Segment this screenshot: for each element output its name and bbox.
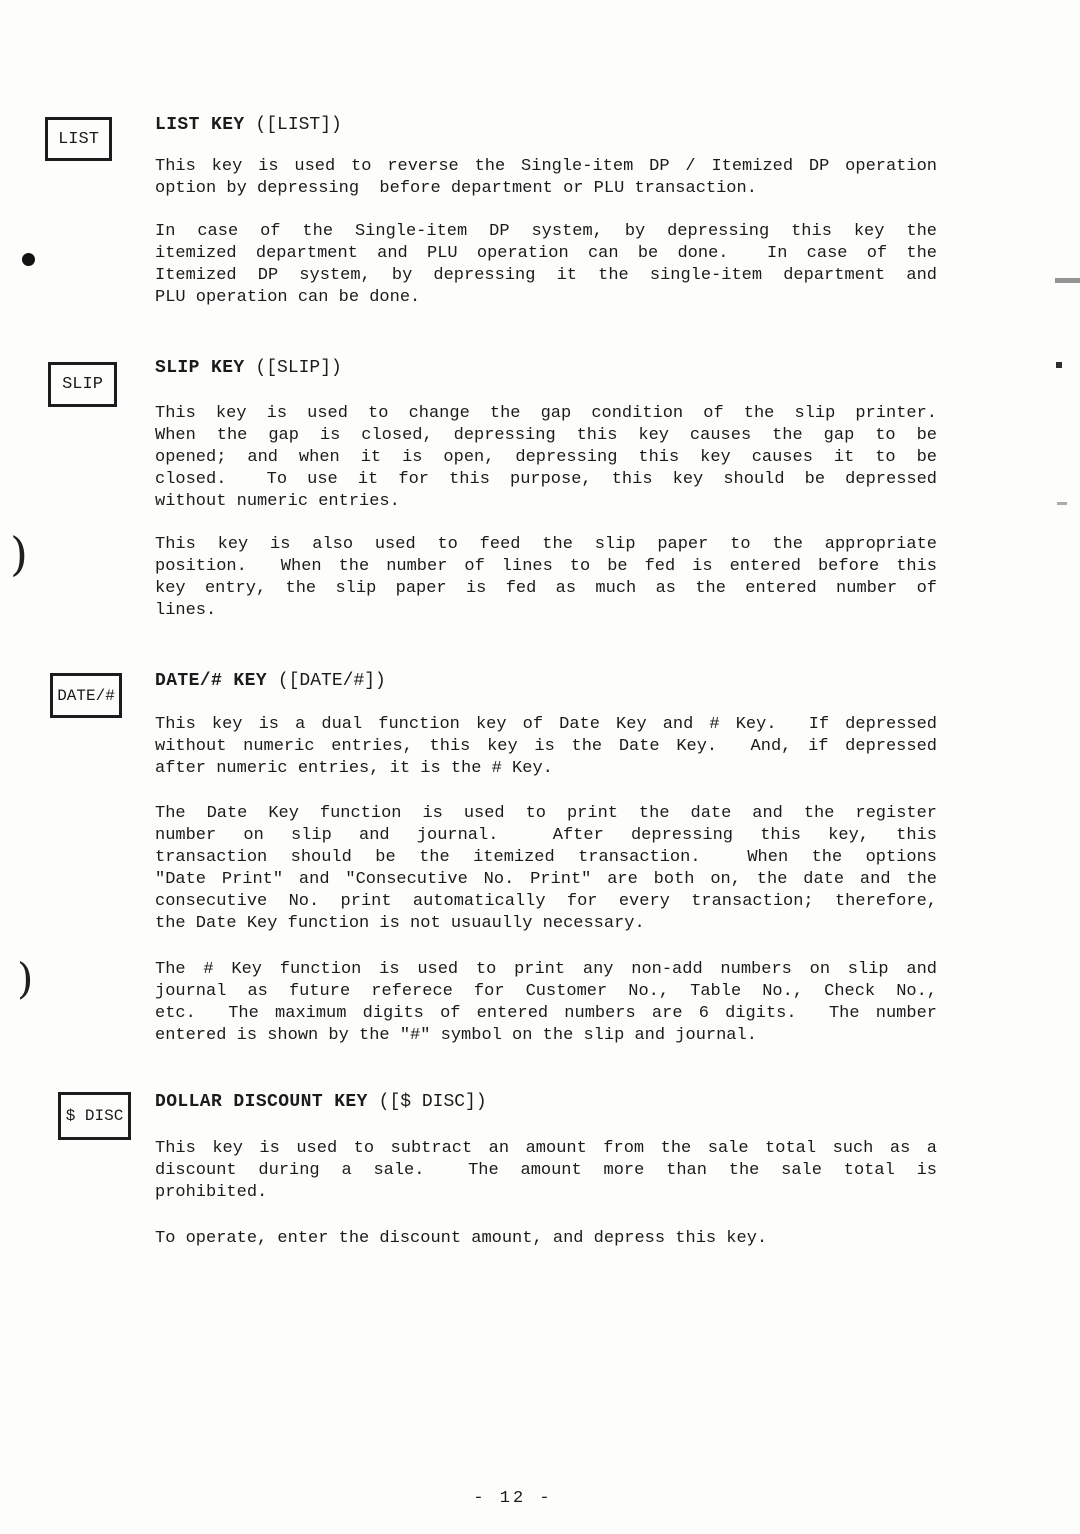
- scan-stray-paren-mark-2: ): [17, 958, 33, 1000]
- text-line: number on slip and journal. After depres…: [155, 825, 937, 847]
- list-key-heading-ref: ([LIST]): [245, 115, 342, 135]
- date-number-key-paragraph-3: The # Key function is used to print any …: [155, 959, 937, 1047]
- date-number-key-paragraph-1: This key is a dual function key of Date …: [155, 714, 937, 780]
- manual-page: ) ) LIST LIST KEY ([LIST]) This key is u…: [0, 0, 1080, 1534]
- text-line: the Date Key function is not usuaully ne…: [155, 913, 937, 935]
- date-number-key-cap: DATE/#: [50, 673, 122, 718]
- list-key-heading-name: LIST KEY: [155, 115, 245, 135]
- text-line: etc. The maximum digits of entered numbe…: [155, 1003, 937, 1025]
- text-line: This key is used to change the gap condi…: [155, 403, 937, 425]
- slip-key-paragraph-1: This key is used to change the gap condi…: [155, 403, 937, 513]
- dollar-discount-key-paragraph-1: This key is used to subtract an amount f…: [155, 1138, 937, 1204]
- page-number: - 12 -: [433, 1489, 593, 1508]
- list-key-paragraph-2: In case of the Single-item DP system, by…: [155, 221, 937, 309]
- slip-key-cap: SLIP: [48, 362, 117, 407]
- text-line: The Date Key function is used to print t…: [155, 803, 937, 825]
- text-line: To operate, enter the discount amount, a…: [155, 1228, 937, 1250]
- dollar-discount-key-heading: DOLLAR DISCOUNT KEY ([$ DISC]): [155, 1091, 487, 1113]
- text-line: without numeric entries, this key is the…: [155, 736, 937, 758]
- list-key-paragraph-1: This key is used to reverse the Single-i…: [155, 156, 937, 200]
- text-line: position. When the number of lines to be…: [155, 556, 937, 578]
- text-line: In case of the Single-item DP system, by…: [155, 221, 937, 243]
- text-line: This key is used to subtract an amount f…: [155, 1138, 937, 1160]
- list-key-cap-label: LIST: [58, 130, 99, 149]
- scan-margin-dot: [1056, 362, 1062, 368]
- text-line: entered is shown by the "#" symbol on th…: [155, 1025, 937, 1047]
- text-line: Itemized DP system, by depressing it the…: [155, 265, 937, 287]
- date-number-key-heading: DATE/# KEY ([DATE/#]): [155, 670, 386, 692]
- dollar-discount-key-cap-label: $ DISC: [66, 1107, 124, 1125]
- slip-key-heading-name: SLIP KEY: [155, 358, 245, 378]
- scan-margin-dash-2: [1057, 502, 1067, 505]
- slip-key-heading-ref: ([SLIP]): [245, 358, 342, 378]
- dollar-discount-key-heading-name: DOLLAR DISCOUNT KEY: [155, 1092, 368, 1112]
- text-line: after numeric entries, it is the # Key.: [155, 758, 937, 780]
- list-key-heading: LIST KEY ([LIST]): [155, 114, 342, 136]
- text-line: option by depressing before department o…: [155, 178, 937, 200]
- scan-stray-paren-mark-1: ): [10, 531, 28, 577]
- text-line: prohibited.: [155, 1182, 937, 1204]
- dollar-discount-key-cap: $ DISC: [58, 1092, 131, 1140]
- text-line: This key is also used to feed the slip p…: [155, 534, 937, 556]
- text-line: itemized department and PLU operation ca…: [155, 243, 937, 265]
- date-number-key-heading-ref: ([DATE/#]): [267, 671, 386, 691]
- scan-margin-dash-1: [1055, 278, 1080, 283]
- date-number-key-paragraph-2: The Date Key function is used to print t…: [155, 803, 937, 935]
- text-line: without numeric entries.: [155, 491, 937, 513]
- text-line: "Date Print" and "Consecutive No. Print"…: [155, 869, 937, 891]
- text-line: When the gap is closed, depressing this …: [155, 425, 937, 447]
- text-line: PLU operation can be done.: [155, 287, 937, 309]
- text-line: consecutive No. print automatically for …: [155, 891, 937, 913]
- text-line: closed. To use it for this purpose, this…: [155, 469, 937, 491]
- text-line: key entry, the slip paper is fed as much…: [155, 578, 937, 600]
- date-number-key-cap-label: DATE/#: [57, 687, 115, 705]
- dollar-discount-key-heading-ref: ([$ DISC]): [368, 1092, 487, 1112]
- slip-key-heading: SLIP KEY ([SLIP]): [155, 357, 342, 379]
- text-line: The # Key function is used to print any …: [155, 959, 937, 981]
- text-line: This key is a dual function key of Date …: [155, 714, 937, 736]
- scan-ink-blob: [22, 253, 35, 266]
- text-line: lines.: [155, 600, 937, 622]
- dollar-discount-key-paragraph-2: To operate, enter the discount amount, a…: [155, 1228, 937, 1250]
- text-line: This key is used to reverse the Single-i…: [155, 156, 937, 178]
- text-line: discount during a sale. The amount more …: [155, 1160, 937, 1182]
- date-number-key-heading-name: DATE/# KEY: [155, 671, 267, 691]
- slip-key-cap-label: SLIP: [62, 375, 103, 394]
- text-line: journal as future referece for Customer …: [155, 981, 937, 1003]
- slip-key-paragraph-2: This key is also used to feed the slip p…: [155, 534, 937, 622]
- list-key-cap: LIST: [45, 117, 112, 161]
- text-line: transaction should be the itemized trans…: [155, 847, 937, 869]
- text-line: opened; and when it is open, depressing …: [155, 447, 937, 469]
